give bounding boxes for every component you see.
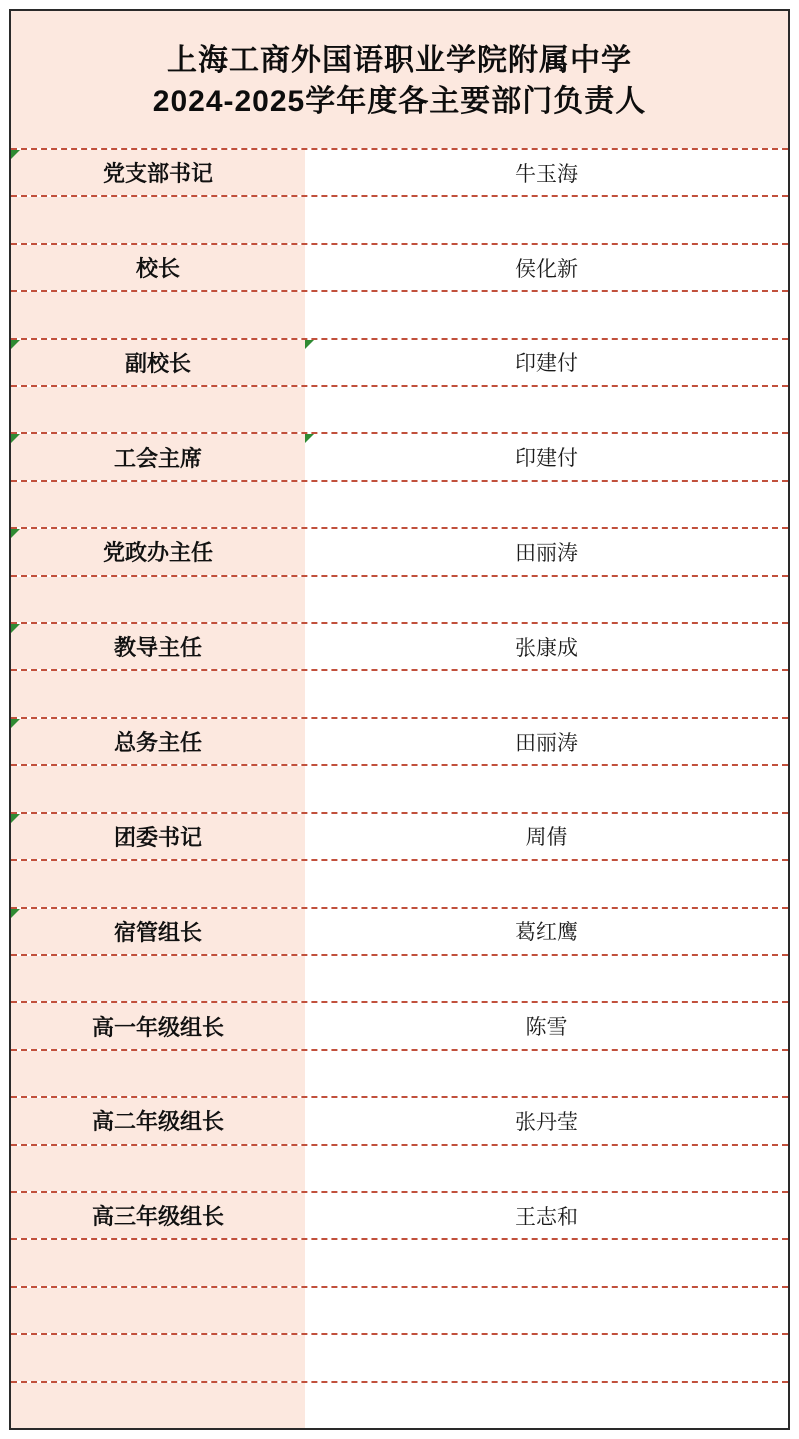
- spacer-row: [11, 1286, 788, 1333]
- position-cell: 总务主任: [11, 719, 305, 764]
- empty-name-cell: [305, 1146, 788, 1191]
- position-cell: 高三年级组长: [11, 1193, 305, 1238]
- table-row: 工会主席印建付: [11, 432, 788, 479]
- person-name: 张康成: [515, 632, 578, 662]
- corner-flag-icon: [11, 529, 20, 538]
- empty-position-cell: [11, 1051, 305, 1096]
- table-row: 副校长印建付: [11, 338, 788, 385]
- table-row: 高二年级组长张丹莹: [11, 1096, 788, 1143]
- position-label: 党政办主任: [103, 536, 213, 567]
- position-cell: 教导主任: [11, 624, 305, 669]
- empty-position-cell: [11, 482, 305, 527]
- position-cell: 宿管组长: [11, 909, 305, 954]
- empty-position-cell: [11, 387, 305, 432]
- empty-position-cell: [11, 956, 305, 1001]
- spacer-row: [11, 859, 788, 906]
- position-cell: 党支部书记: [11, 150, 305, 195]
- corner-flag-icon: [11, 814, 20, 823]
- position-label: 工会主席: [114, 442, 202, 473]
- corner-flag-icon: [11, 340, 20, 349]
- empty-name-cell: [305, 956, 788, 1001]
- spacer-row: [11, 480, 788, 527]
- corner-flag-icon: [11, 719, 20, 728]
- school-name-title: 上海工商外国语职业学院附属中学: [167, 40, 632, 81]
- position-cell: 副校长: [11, 340, 305, 385]
- spacer-row: [11, 1381, 788, 1428]
- position-cell: 工会主席: [11, 434, 305, 479]
- spacer-row: [11, 1049, 788, 1096]
- spacer-row: [11, 1144, 788, 1191]
- name-cell: 侯化新: [305, 245, 788, 290]
- position-cell: 高二年级组长: [11, 1098, 305, 1143]
- empty-position-cell: [11, 1240, 305, 1285]
- empty-name-cell: [305, 292, 788, 337]
- table-row: 团委书记周倩: [11, 812, 788, 859]
- empty-name-cell: [305, 197, 788, 242]
- empty-name-cell: [305, 577, 788, 622]
- empty-name-cell: [305, 1288, 788, 1333]
- empty-position-cell: [11, 671, 305, 716]
- empty-name-cell: [305, 482, 788, 527]
- name-cell: 印建付: [305, 340, 788, 385]
- position-label: 总务主任: [114, 726, 202, 757]
- corner-flag-icon: [11, 624, 20, 633]
- empty-position-cell: [11, 1335, 305, 1380]
- position-cell: 校长: [11, 245, 305, 290]
- person-name: 张丹莹: [515, 1106, 578, 1136]
- name-cell: 王志和: [305, 1193, 788, 1238]
- person-name: 田丽涛: [515, 537, 578, 567]
- person-name: 葛红鹰: [515, 916, 578, 946]
- table-title-block: 上海工商外国语职业学院附属中学 2024-2025学年度各主要部门负责人: [11, 11, 788, 148]
- empty-position-cell: [11, 292, 305, 337]
- spacer-row: [11, 385, 788, 432]
- table-row: 总务主任田丽涛: [11, 717, 788, 764]
- name-cell: 田丽涛: [305, 529, 788, 574]
- position-label: 高三年级组长: [92, 1200, 224, 1231]
- empty-position-cell: [11, 766, 305, 811]
- position-label: 宿管组长: [114, 916, 202, 947]
- spacer-row: [11, 669, 788, 716]
- corner-flag-icon: [11, 434, 20, 443]
- spacer-row: [11, 764, 788, 811]
- table-row: 党政办主任田丽涛: [11, 527, 788, 574]
- spacer-row: [11, 575, 788, 622]
- empty-name-cell: [305, 1240, 788, 1285]
- roster-table-frame: 上海工商外国语职业学院附属中学 2024-2025学年度各主要部门负责人 党支部…: [9, 9, 790, 1430]
- name-cell: 牛玉海: [305, 150, 788, 195]
- empty-name-cell: [305, 861, 788, 906]
- position-label: 教导主任: [114, 631, 202, 662]
- empty-position-cell: [11, 861, 305, 906]
- name-cell: 周倩: [305, 814, 788, 859]
- empty-name-cell: [305, 1383, 788, 1428]
- spacer-row: [11, 954, 788, 1001]
- person-name: 田丽涛: [515, 727, 578, 757]
- table-row: 高一年级组长陈雪: [11, 1001, 788, 1048]
- name-cell: 田丽涛: [305, 719, 788, 764]
- spacer-row: [11, 290, 788, 337]
- position-label: 党支部书记: [103, 157, 213, 188]
- empty-name-cell: [305, 1051, 788, 1096]
- person-name: 周倩: [526, 821, 568, 851]
- table-row: 教导主任张康成: [11, 622, 788, 669]
- person-name: 印建付: [515, 347, 578, 377]
- corner-flag-icon: [11, 909, 20, 918]
- table-row: 宿管组长葛红鹰: [11, 907, 788, 954]
- person-name: 王志和: [515, 1201, 578, 1231]
- empty-position-cell: [11, 1383, 305, 1428]
- position-cell: 团委书记: [11, 814, 305, 859]
- corner-flag-icon: [305, 434, 314, 443]
- name-cell: 张康成: [305, 624, 788, 669]
- table-row: 校长侯化新: [11, 243, 788, 290]
- name-cell: 印建付: [305, 434, 788, 479]
- name-cell: 张丹莹: [305, 1098, 788, 1143]
- position-label: 团委书记: [114, 821, 202, 852]
- position-label: 高二年级组长: [92, 1105, 224, 1136]
- roster-rows: 党支部书记牛玉海校长侯化新副校长印建付工会主席印建付党政办主任田丽涛教导主任张康…: [11, 148, 788, 1428]
- empty-position-cell: [11, 1146, 305, 1191]
- roster-subtitle: 2024-2025学年度各主要部门负责人: [153, 81, 646, 122]
- empty-name-cell: [305, 671, 788, 716]
- corner-flag-icon: [305, 340, 314, 349]
- empty-position-cell: [11, 577, 305, 622]
- empty-position-cell: [11, 1288, 305, 1333]
- name-cell: 葛红鹰: [305, 909, 788, 954]
- name-cell: 陈雪: [305, 1003, 788, 1048]
- position-label: 高一年级组长: [92, 1011, 224, 1042]
- table-row: 党支部书记牛玉海: [11, 148, 788, 195]
- person-name: 侯化新: [515, 253, 578, 283]
- person-name: 印建付: [515, 442, 578, 472]
- spacer-row: [11, 195, 788, 242]
- spacer-row: [11, 1238, 788, 1285]
- position-label: 副校长: [125, 347, 191, 378]
- person-name: 陈雪: [526, 1011, 568, 1041]
- empty-name-cell: [305, 1335, 788, 1380]
- person-name: 牛玉海: [515, 158, 578, 188]
- table-row: 高三年级组长王志和: [11, 1191, 788, 1238]
- position-cell: 党政办主任: [11, 529, 305, 574]
- empty-position-cell: [11, 197, 305, 242]
- empty-name-cell: [305, 766, 788, 811]
- empty-name-cell: [305, 387, 788, 432]
- spacer-row: [11, 1333, 788, 1380]
- corner-flag-icon: [11, 150, 20, 159]
- position-cell: 高一年级组长: [11, 1003, 305, 1048]
- position-label: 校长: [136, 252, 180, 283]
